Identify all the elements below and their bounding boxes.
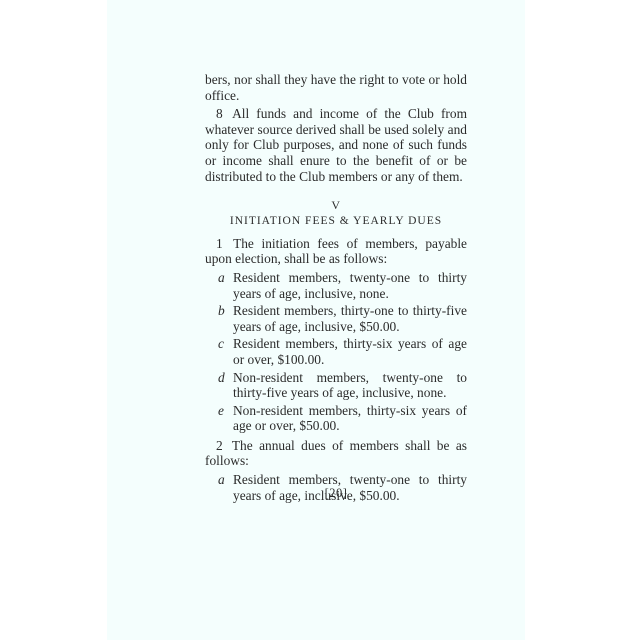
item-text: Resident members, thirty-six years of ag…	[233, 336, 467, 367]
list-item: d Non-resident members, twenty-one to th…	[205, 370, 467, 401]
item-text: Non-resident members, thirty-six years o…	[233, 403, 467, 434]
page-number: [20]	[205, 486, 467, 501]
clause-text: The annual dues of members shall be as f…	[205, 438, 467, 469]
clause-number: 1	[216, 236, 223, 251]
item-text: Resident members, thirty-one to thirty-f…	[233, 303, 467, 334]
section-number: V	[205, 198, 467, 212]
clause-1: 1 The initiation fees of members, payabl…	[205, 236, 467, 267]
continuation-paragraph: bers, nor shall they have the right to v…	[205, 72, 467, 103]
page-body: bers, nor shall they have the right to v…	[205, 72, 467, 505]
item-text: Resident members, twenty-one to thirty y…	[233, 270, 467, 301]
clause-2: 2 The annual dues of members shall be as…	[205, 438, 467, 469]
item-marker: a	[218, 270, 225, 286]
item-marker: b	[218, 303, 225, 319]
list-item: b Resident members, thirty-one to thirty…	[205, 303, 467, 334]
list-item: e Non-resident members, thirty-six years…	[205, 403, 467, 434]
clause-number: 2	[216, 438, 223, 453]
list-item: a Resident members, twenty-one to thirty…	[205, 270, 467, 301]
paragraph-text: All funds and income of the Club from wh…	[205, 106, 467, 183]
item-marker: d	[218, 370, 225, 386]
item-text: Non-resident members, twenty-one to thir…	[233, 370, 467, 401]
item-marker: c	[218, 336, 224, 352]
item-marker: e	[218, 403, 224, 419]
paragraph-number: 8	[216, 106, 223, 121]
list-item: c Resident members, thirty-six years of …	[205, 336, 467, 367]
clause-text: The initiation fees of members, payable …	[205, 236, 467, 267]
section-title: INITIATION FEES & YEARLY DUES	[205, 214, 467, 230]
paragraph-8: 8 All funds and income of the Club from …	[205, 106, 467, 184]
